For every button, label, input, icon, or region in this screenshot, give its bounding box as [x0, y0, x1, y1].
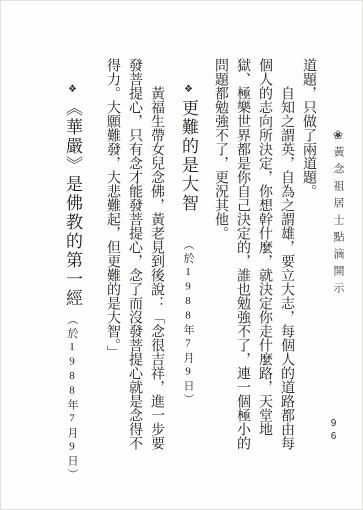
section-date: （於1988年7月9日）	[66, 314, 78, 482]
page-body: 道題，只做了兩道題。 自知之謂英，自為之謂雄，要立大志，每個人的道路都由每個人的…	[51, 58, 319, 452]
book-page: ❀黃念祖居士點滴開示 96 道題，只做了兩道題。 自知之謂英，自為之謂雄，要立大…	[0, 0, 363, 510]
section-date: （於1988年7月9日）	[182, 239, 194, 407]
section-heading-great-wisdom: ❖更難的是大智（於1988年7月9日）	[177, 58, 199, 452]
running-header-title: 黃念祖居士點滴開示	[332, 146, 344, 299]
paragraph-continuation: 道題，只做了兩道題。	[297, 58, 319, 452]
section-heading-huayan: ❖《華嚴》是佛教的第一經（於1988年7月9日）	[61, 58, 83, 510]
paragraph-aspiration: 自知之謂英，自為之謂雄，要立大志，每個人的道路都由每個人的志向所決定，你想幹什麼…	[209, 58, 297, 452]
page-number: 96	[328, 418, 339, 444]
section-marker-icon: ❖	[183, 84, 194, 99]
section-title: 更難的是大智	[179, 99, 198, 213]
section-marker-icon: ❖	[67, 84, 78, 99]
running-header: ❀黃念祖居士點滴開示	[330, 128, 346, 299]
flower-ornament-icon: ❀	[331, 128, 345, 146]
paragraph-bodhi-mind: 黃福生帶女兒念佛，黃老見到後說：「念很吉祥，進一步要發菩提心，只有念才能發菩提心…	[101, 58, 167, 452]
section-title: 《華嚴》是佛教的第一經	[63, 99, 82, 308]
